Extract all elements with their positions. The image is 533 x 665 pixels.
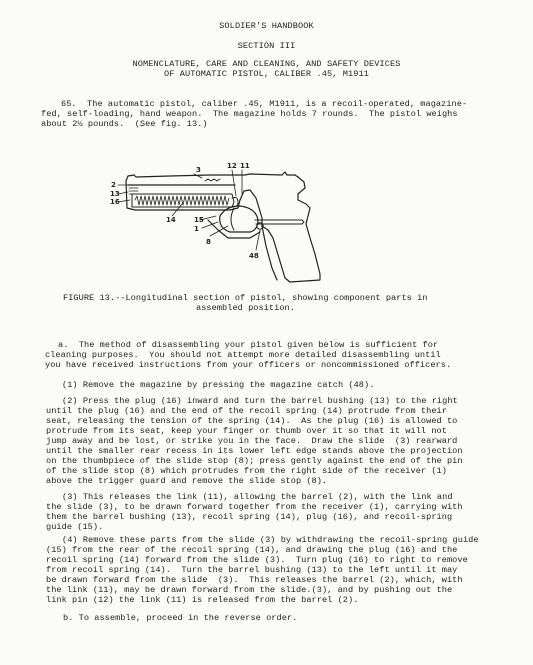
step-1-line: (1) Remove the magazine by pressing the …: [62, 380, 374, 390]
step-4-line: from recoil spring (14). Turn the barrel…: [46, 565, 457, 575]
step-4-line: link pin (12) the link (11) is released …: [46, 595, 358, 605]
svg-text:11: 11: [240, 162, 250, 170]
paragraph-a-line: you have received instructions from your…: [45, 360, 451, 370]
step-4-line: (15) from the rear of the recoil spring …: [46, 545, 457, 555]
svg-text:16: 16: [110, 198, 120, 206]
svg-text:12: 12: [227, 162, 237, 170]
svg-text:15: 15: [194, 216, 204, 224]
step-2-line: jump away and be lost, or strike you in …: [46, 436, 457, 446]
intro-line: 65. The automatic pistol, caliber .45, M…: [61, 99, 467, 109]
svg-text:48: 48: [249, 252, 259, 260]
intro-line: fed, self-loading, hand weapon. The maga…: [41, 109, 458, 119]
svg-text:13: 13: [110, 190, 120, 198]
svg-text:8: 8: [206, 238, 211, 246]
step-3-line: the slide (3), to be drawn forward toget…: [46, 502, 463, 512]
step-3-line: guide (15).: [46, 522, 103, 532]
intro-line: about 2½ pounds. (See fig. 13.): [41, 119, 208, 129]
step-2-line: of the slide stop (8) which protrudes fr…: [46, 466, 447, 476]
paragraph-a-line: cleaning purposes. You should not attemp…: [45, 350, 441, 360]
figure-caption-line-1: FIGURE 13.--Longitudinal section of pist…: [63, 293, 428, 303]
paragraph-b: b. To assemble, proceed in the reverse o…: [63, 613, 297, 623]
document-page: SOLDIER'S HANDBOOK SECTION III NOMENCLAT…: [0, 0, 533, 665]
pistol-section-diagram: 3 12 11 2 13 16 14 15 1 8 48: [110, 158, 330, 283]
step-2-line: until the plug (16) and the end of the r…: [46, 406, 447, 416]
section-number: SECTION III: [0, 41, 533, 51]
step-4-line: be drawn forward from the slide (3). Thi…: [46, 575, 463, 585]
book-title: SOLDIER'S HANDBOOK: [0, 21, 533, 31]
step-3-line: them the barrel bushing (13), recoil spr…: [46, 512, 452, 522]
step-3-line: (3) This releases the link (11), allowin…: [62, 492, 453, 502]
section-heading-line-1: NOMENCLATURE, CARE AND CLEANING, AND SAF…: [0, 59, 533, 69]
step-4-line: recoil spring (14) forward from the slid…: [46, 555, 468, 565]
paragraph-a-line: a. The method of disassembling your pist…: [58, 340, 438, 350]
svg-text:3: 3: [196, 166, 201, 174]
step-4-line: the link (11), may be drawn forward from…: [46, 585, 452, 595]
svg-text:2: 2: [111, 181, 116, 189]
step-2-line: on the thumbpiece of the slide stop (8);…: [46, 456, 463, 466]
step-2-line: seat, releasing the tension of the sprin…: [46, 416, 457, 426]
section-heading-line-2: OF AUTOMATIC PISTOL, CALIBER .45, M1911: [0, 69, 533, 79]
svg-text:1: 1: [194, 225, 199, 233]
step-2-line: above the trigger guard and remove the s…: [46, 476, 327, 486]
step-4-line: (4) Remove these parts from the slide (3…: [62, 535, 479, 545]
step-2-line: protrude from its seat, keep your finger…: [46, 426, 447, 436]
step-2-line: (2) Press the plug (16) inward and turn …: [62, 396, 458, 406]
svg-text:14: 14: [166, 216, 176, 224]
step-2-line: until the smaller rear recess in its low…: [46, 446, 463, 456]
figure-caption-line-2: assembled position.: [196, 303, 295, 313]
